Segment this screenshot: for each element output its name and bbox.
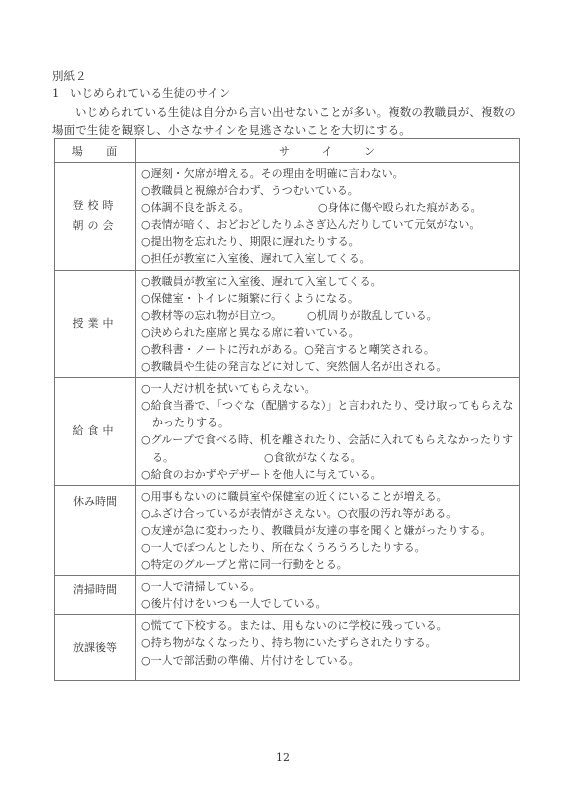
sign-item: ○表情が暗く、おどおどしたりふさぎ込んだりしていて元気がない。 xyxy=(141,216,515,233)
scene-label: 給食中 xyxy=(55,421,135,441)
sign-item: ○給食当番で、「つぐな（配膳するな）」と言われたり、受け取ってもらえなかったりす… xyxy=(141,397,515,431)
sign-item: ○教職員や生徒の発言などに対して、突然個人名が出される。 xyxy=(141,358,515,375)
scene-cell: 登校時 朝の会 xyxy=(55,163,136,271)
scene-label: 授業中 xyxy=(55,314,135,334)
sign-item: ○遅刻・欠席が増える。その理由を明確に言わない。 xyxy=(141,165,515,182)
sign-item: ○教科書・ノートに汚れがある。○発言すると嘲笑される。 xyxy=(141,341,515,358)
signs-cell: ○遅刻・欠席が増える。その理由を明確に言わない。 ○教職員と視線が合わず、うつむ… xyxy=(136,163,520,271)
section-title: いじめられている生徒のサイン xyxy=(70,86,230,100)
sign-item: ○体調不良を訴える。○身体に傷や殴られた痕がある。 xyxy=(141,199,515,216)
sign-item: ○担任が教室に入室後、遅れて入室してくる。 xyxy=(141,250,515,267)
sign-item: ○慌てて下校する。または、用もないのに学校に残っている。 xyxy=(141,617,515,634)
table-row: 清掃時間 ○一人で清掃している。 ○後片付けをいつも一人でしている。 xyxy=(55,576,520,615)
scene-label: 朝の会 xyxy=(55,216,135,236)
signs-cell: ○教職員が教室に入室後、遅れて入室してくる。 ○保健室・トイレに頻繁に行くように… xyxy=(136,270,520,378)
scene-cell: 授業中 xyxy=(55,270,136,378)
sign-item: ○一人で清掃している。 xyxy=(141,578,515,595)
table-row: 放課後等 ○慌てて下校する。または、用もないのに学校に残っている。 ○持ち物がな… xyxy=(55,615,520,681)
table-row: 授業中 ○教職員が教室に入室後、遅れて入室してくる。 ○保健室・トイレに頻繁に行… xyxy=(55,270,520,378)
sign-item: ○提出物を忘れたり、期限に遅れたりする。 xyxy=(141,233,515,250)
section-heading: 1いじめられている生徒のサイン xyxy=(52,85,230,101)
sign-item: ○教職員が教室に入室後、遅れて入室してくる。 xyxy=(141,273,515,290)
sign-item: ○用事もないのに職員室や保健室の近くにいることが増える。 xyxy=(141,488,515,505)
page-number: 12 xyxy=(0,751,566,764)
sign-item: ○一人で部活動の準備、片付けをしている。 xyxy=(141,652,515,669)
appendix-label: 別紙２ xyxy=(52,68,87,84)
table-header-row: 場 面 サ イ ン xyxy=(55,139,520,163)
signs-cell: ○用事もないのに職員室や保健室の近くにいることが増える。 ○ふざけ合っているが表… xyxy=(136,485,520,575)
sign-item: ○決められた座席と異なる席に着いている。 xyxy=(141,324,515,341)
sign-item: ○グループで食べる時、机を離されたり、会話に入れてもらえなかったりする。○食欲が… xyxy=(141,431,515,465)
sign-item: ○保健室・トイレに頻繁に行くようになる。 xyxy=(141,290,515,307)
sign-item: ○持ち物がなくなったり、持ち物にいたずらされたりする。 xyxy=(141,634,515,651)
signs-cell: ○一人で清掃している。 ○後片付けをいつも一人でしている。 xyxy=(136,576,520,615)
sign-item: ○後片付けをいつも一人でしている。 xyxy=(141,595,515,612)
sign-item: ○一人でぽつんとしたり、所在なくうろうろしたりする。 xyxy=(141,539,515,556)
sign-item: ○教材等の忘れ物が目立つ。○机周りが散乱している。 xyxy=(141,307,515,324)
scene-cell: 放課後等 xyxy=(55,615,136,681)
header-sign: サ イ ン xyxy=(136,139,520,163)
scene-cell: 休み時間 xyxy=(55,485,136,575)
sign-item: ○特定のグループと常に同一行動をとる。 xyxy=(141,556,515,573)
sign-item: ○給食のおかずやデザートを他人に与えている。 xyxy=(141,466,515,483)
section-number: 1 xyxy=(52,86,70,100)
scene-cell: 給食中 xyxy=(55,378,136,486)
sign-item: ○教職員と視線が合わず、うつむいている。 xyxy=(141,182,515,199)
signs-cell: ○一人だけ机を拭いてもらえない。 ○給食当番で、「つぐな（配膳するな）」と言われ… xyxy=(136,378,520,486)
scene-label: 放課後等 xyxy=(55,638,135,658)
signs-table: 場 面 サ イ ン 登校時 朝の会 ○遅刻・欠席が増える。その理由を明確に言わな… xyxy=(54,138,520,681)
table-row: 休み時間 ○用事もないのに職員室や保健室の近くにいることが増える。 ○ふざけ合っ… xyxy=(55,485,520,575)
header-scene: 場 面 xyxy=(55,139,136,163)
signs-cell: ○慌てて下校する。または、用もないのに学校に残っている。 ○持ち物がなくなったり… xyxy=(136,615,520,681)
scene-cell: 清掃時間 xyxy=(55,576,136,615)
scene-label: 休み時間 xyxy=(55,492,135,512)
scene-label: 登校時 xyxy=(55,196,135,216)
table-row: 給食中 ○一人だけ机を拭いてもらえない。 ○給食当番で、「つぐな（配膳するな）」… xyxy=(55,378,520,486)
scene-label: 清掃時間 xyxy=(55,580,135,600)
table-row: 登校時 朝の会 ○遅刻・欠席が増える。その理由を明確に言わない。 ○教職員と視線… xyxy=(55,163,520,271)
sign-item: ○友達が急に変わったり、教職員が友達の事を聞くと嫌がったりする。 xyxy=(141,522,515,539)
sign-item: ○一人だけ机を拭いてもらえない。 xyxy=(141,380,515,397)
intro-paragraph: いじめられている生徒は自分から言い出せないことが多い。複数の教職員が、複数の場面… xyxy=(52,103,522,139)
sign-item: ○ふざけ合っているが表情がさえない。○衣服の汚れ等がある。 xyxy=(141,505,515,522)
